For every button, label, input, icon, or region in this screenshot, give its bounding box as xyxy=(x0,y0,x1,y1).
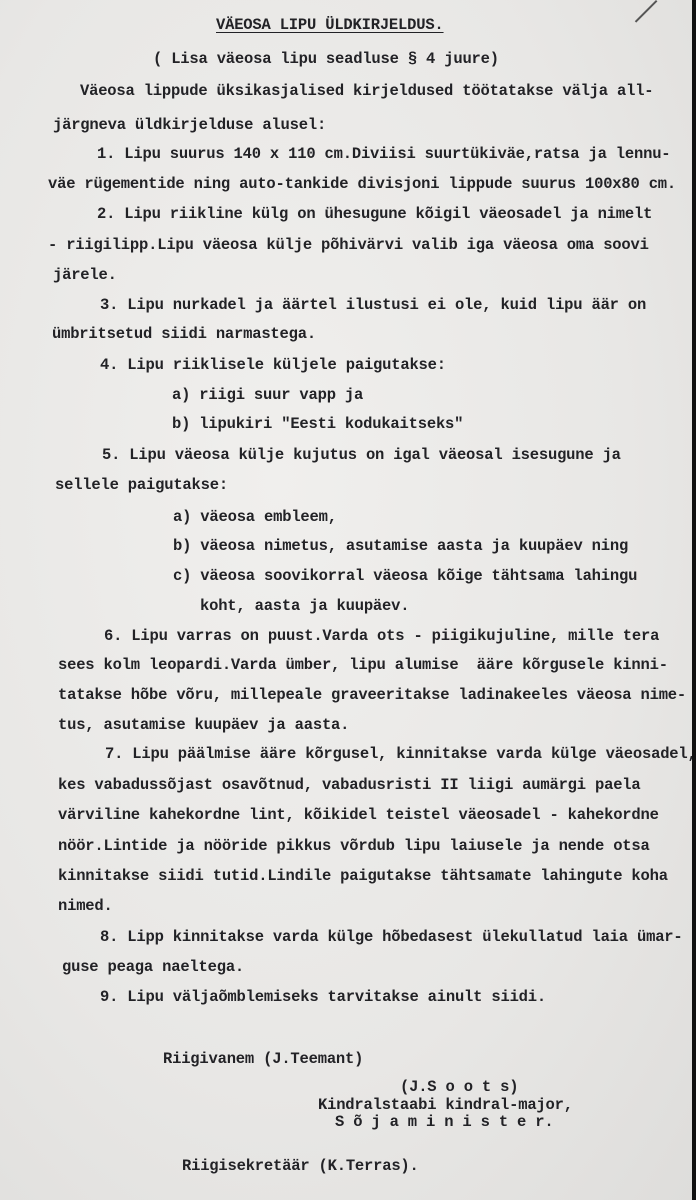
item-6-line-1: 6. Lipu varras on puust.Varda ots - piig… xyxy=(104,627,659,645)
item-4-line-1: 4. Lipu riiklisele küljele paigutakse: xyxy=(100,356,446,374)
item-6-line-4: tus, asutamise kuupäev ja aasta. xyxy=(58,716,349,734)
item-5-subitem-a: a) väeosa embleem, xyxy=(173,508,337,526)
item-6-line-3: tatakse hõbe võru, millepeale graveerita… xyxy=(58,686,686,704)
item-7-line-2: kes vabadussõjast osavõtnud, vabadusrist… xyxy=(58,776,641,794)
signature-minister-rank: Kindralstaabi kindral-major, xyxy=(318,1096,573,1114)
intro-line-2: järgneva üldkirjelduse alusel: xyxy=(53,116,326,134)
pen-mark xyxy=(635,0,658,23)
item-4-subitem-a: a) riigi suur vapp ja xyxy=(172,386,363,404)
signature-state-secretary: Riigisekretäär (K.Terras). xyxy=(182,1157,419,1175)
item-1-line-2: väe rügementide ning auto-tankide divisj… xyxy=(48,175,676,193)
item-7-line-5: kinnitakse siidi tutid.Lindile paigutaks… xyxy=(58,867,668,885)
item-8-line-2: guse peaga naeltega. xyxy=(62,958,244,976)
item-5-line-2: sellele paigutakse: xyxy=(55,476,228,494)
signature-minister-title: S õ j a m i n i s t e r. xyxy=(335,1113,553,1131)
item-5-line-1: 5. Lipu väeosa külje kujutus on igal väe… xyxy=(102,446,621,464)
item-7-line-6: nimed. xyxy=(58,897,113,915)
item-2-line-1: 2. Lipu riikline külg on ühesugune kõigi… xyxy=(97,205,652,223)
item-5-subitem-c-cont: koht, aasta ja kuupäev. xyxy=(200,597,409,615)
item-3-line-1: 3. Lipu nurkadel ja äärtel ilustusi ei o… xyxy=(100,296,646,314)
item-9-line-1: 9. Lipu väljaõmblemiseks tarvitakse ainu… xyxy=(100,988,546,1006)
item-1-line-1: 1. Lipu suurus 140 x 110 cm.Diviisi suur… xyxy=(97,145,670,163)
item-2-line-3: järele. xyxy=(53,266,117,284)
document-subtitle: ( Lisa väeosa lipu seadluse § 4 juure) xyxy=(153,50,499,68)
signature-state-elder: Riigivanem (J.Teemant) xyxy=(163,1050,363,1068)
item-5-subitem-c: c) väeosa soovikorral väeosa kõige tähts… xyxy=(173,567,637,585)
document-page: VÄEOSA LIPU ÜLDKIRJELDUS. ( Lisa väeosa … xyxy=(0,0,692,1200)
item-4-subitem-b: b) lipukiri "Eesti kodukaitseks" xyxy=(172,415,463,433)
item-5-subitem-b: b) väeosa nimetus, asutamise aasta ja ku… xyxy=(173,537,628,555)
item-7-line-4: nöör.Lintide ja nööride pikkus võrdub li… xyxy=(58,837,650,855)
item-7-line-3: värviline kahekordne lint, kõikidel teis… xyxy=(58,806,659,824)
intro-line-1: Väeosa lippude üksikasjalised kirjelduse… xyxy=(80,82,653,100)
scan-edge xyxy=(692,0,696,1200)
item-3-line-2: ümbritsetud siidi narmastega. xyxy=(52,325,316,343)
item-7-line-1: 7. Lipu päälmise ääre kõrgusel, kinnitak… xyxy=(105,745,696,763)
document-title: VÄEOSA LIPU ÜLDKIRJELDUS. xyxy=(216,16,444,34)
item-8-line-1: 8. Lipp kinnitakse varda külge hõbedases… xyxy=(100,928,683,946)
item-6-line-2: sees kolm leopardi.Varda ümber, lipu alu… xyxy=(58,656,668,674)
item-2-line-2: - riigilipp.Lipu väeosa külje põhivärvi … xyxy=(48,236,649,254)
signature-minister-name: (J.S o o t s) xyxy=(400,1078,518,1096)
